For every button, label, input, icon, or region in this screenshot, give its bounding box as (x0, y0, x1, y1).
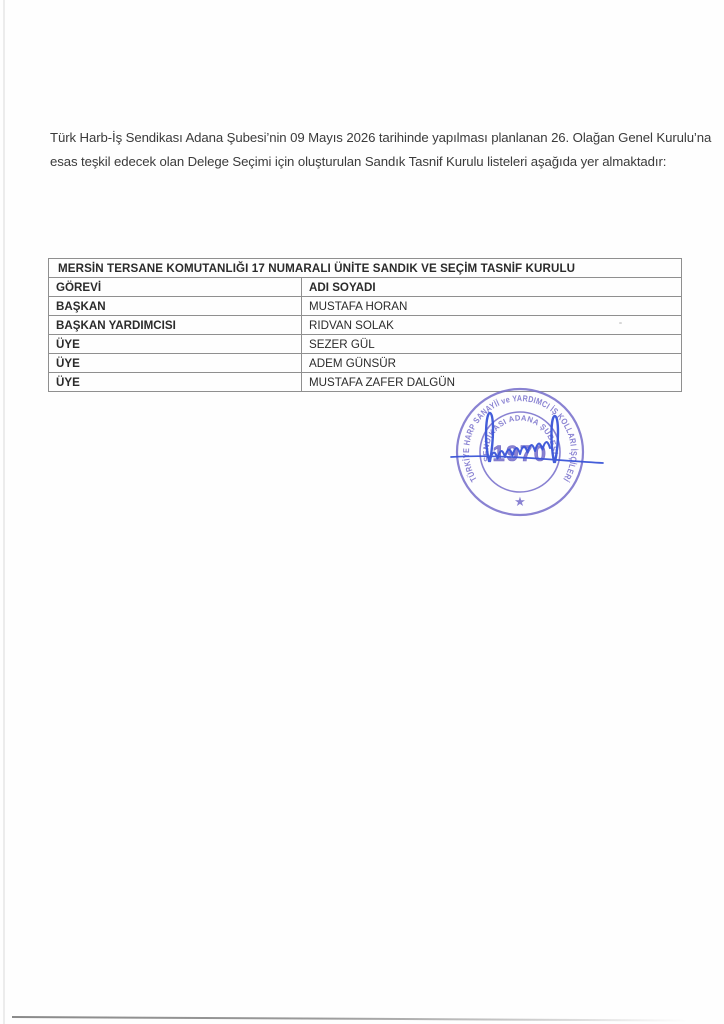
union-stamp: TÜRKİYE HARP SANAYİİ ve YARDIMCI İŞ KOLL… (436, 383, 622, 523)
table-title-row: MERSİN TERSANE KOMUTANLIĞI 17 NUMARALI Ü… (49, 259, 682, 278)
table-row: ÜYE ADEM GÜNSÜR (49, 354, 682, 373)
role-cell: BAŞKAN YARDIMCISI (49, 316, 302, 335)
table-row: BAŞKAN YARDIMCISI RIDVAN SOLAK (49, 316, 682, 335)
name-cell: MUSTAFA HORAN (302, 297, 682, 316)
scanned-document-page: Türk Harb-İş Sendikası Adana Şubesi’nin … (0, 0, 724, 1024)
role-cell: ÜYE (49, 373, 302, 392)
table-header-row: GÖREVİ ADI SOYADI (49, 278, 682, 297)
intro-line-1: Türk Harb-İş Sendikası Adana Şubesi’nin … (50, 126, 715, 150)
name-cell: ADEM GÜNSÜR (302, 354, 682, 373)
table-row: ÜYE SEZER GÜL (49, 335, 682, 354)
table-row: BAŞKAN MUSTAFA HORAN (49, 297, 682, 316)
stamp-star-icon: ★ (514, 494, 526, 509)
scan-edge-bottom (12, 1016, 688, 1022)
stamp-outer-ring-text: TÜRKİYE HARP SANAYİİ ve YARDIMCI İŞ KOLL… (461, 393, 579, 484)
column-header-adi-soyadi: ADI SOYADI (302, 278, 682, 297)
scan-speck (619, 322, 622, 324)
stamp-outer-ring-text-holder: TÜRKİYE HARP SANAYİİ ve YARDIMCI İŞ KOLL… (461, 393, 579, 484)
signature-right-loop (551, 416, 558, 462)
column-header-gorevi: GÖREVİ (49, 278, 302, 297)
table-title: MERSİN TERSANE KOMUTANLIĞI 17 NUMARALI Ü… (49, 259, 682, 278)
name-cell: SEZER GÜL (302, 335, 682, 354)
role-cell: ÜYE (49, 354, 302, 373)
name-cell: RIDVAN SOLAK (302, 316, 682, 335)
role-cell: ÜYE (49, 335, 302, 354)
scan-edge-left (3, 0, 5, 1024)
committee-table: MERSİN TERSANE KOMUTANLIĞI 17 NUMARALI Ü… (48, 258, 682, 392)
role-cell: BAŞKAN (49, 297, 302, 316)
intro-paragraph: Türk Harb-İş Sendikası Adana Şubesi’nin … (50, 126, 715, 173)
intro-line-2: esas teşkil edecek olan Delege Seçimi iç… (50, 150, 715, 174)
